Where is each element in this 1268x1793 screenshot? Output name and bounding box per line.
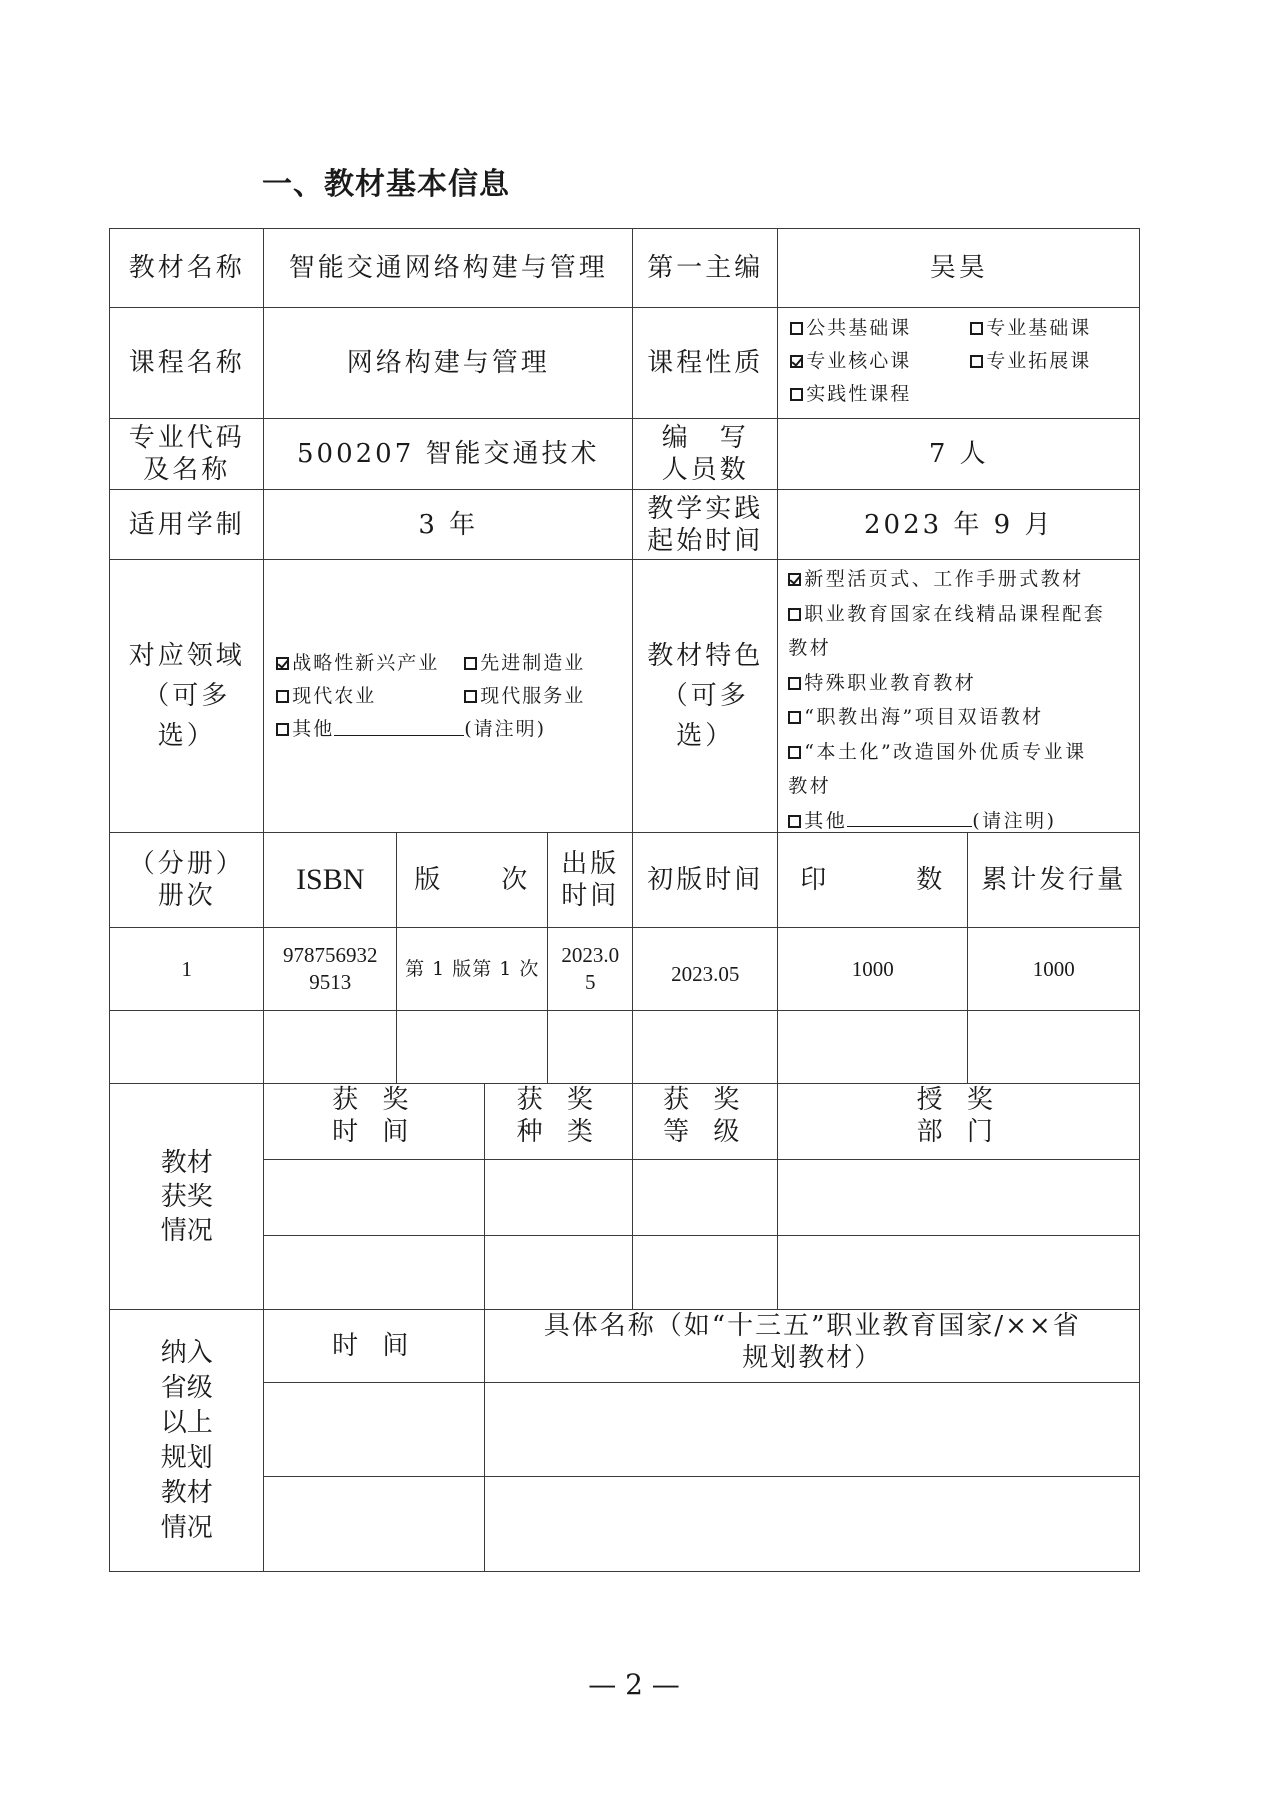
award-time-cell[interactable] [263, 1159, 485, 1236]
course-name-label: 课程名称 [109, 307, 264, 419]
pub-time-cell-empty[interactable] [547, 1010, 633, 1084]
award-type-cell[interactable] [484, 1235, 633, 1310]
award-time-header: 获 奖 时 间 [263, 1083, 485, 1160]
edition-header: 版 次 [396, 832, 548, 928]
checkbox-icon[interactable] [276, 723, 289, 736]
first-edition-time-header: 初版时间 [632, 832, 778, 928]
award-type-header: 获 奖 种 类 [484, 1083, 633, 1160]
planning-time-header: 时 间 [263, 1309, 485, 1383]
domain-label: 对应领域 （可多 选） [109, 559, 264, 833]
domain-option[interactable]: 先进制造业 [464, 647, 585, 680]
award-dept-cell[interactable] [777, 1235, 1140, 1310]
checkbox-icon[interactable] [788, 815, 801, 828]
volume-cell-empty[interactable] [109, 1010, 264, 1084]
features-options: 新型活页式、工作手册式教材 职业教育国家在线精品课程配套 教材 特殊职业教育教材… [777, 559, 1140, 833]
domain-options: 战略性新兴产业 先进制造业 现代农业 现代服务业 其他 (请注明) [263, 559, 633, 833]
award-dept-cell[interactable] [777, 1159, 1140, 1236]
isbn-header: ISBN [263, 832, 397, 928]
checkbox-icon[interactable] [464, 657, 477, 670]
first-edition-time-cell-empty[interactable] [632, 1010, 778, 1084]
domain-option[interactable]: 现代农业 [276, 680, 464, 713]
major-label: 专业代码 及名称 [109, 418, 264, 490]
checkbox-checked-icon[interactable] [276, 657, 289, 670]
isbn-cell: 978756932 9513 [263, 927, 397, 1011]
checkbox-checked-icon[interactable] [788, 573, 801, 586]
feature-option[interactable]: 特殊职业教育教材 [788, 666, 976, 701]
award-level-header: 获 奖 等 级 [632, 1083, 778, 1160]
total-circulation-cell: 1000 [967, 927, 1140, 1011]
feature-option[interactable]: 新型活页式、工作手册式教材 [788, 562, 1084, 597]
course-nature-label: 课程性质 [632, 307, 778, 419]
checkbox-icon[interactable] [970, 322, 983, 335]
print-count-cell: 1000 [777, 927, 968, 1011]
volume-header: （分册） 册次 [109, 832, 264, 928]
pub-time-cell: 2023.0 5 [547, 927, 633, 1011]
teaching-start-value: 2023 年 9 月 [777, 489, 1140, 560]
textbook-name-label: 教材名称 [109, 228, 264, 308]
awards-label: 教材 获奖 情况 [109, 1083, 264, 1310]
feature-other-input[interactable] [847, 804, 972, 827]
print-count-cell-empty[interactable] [777, 1010, 968, 1084]
checkbox-checked-icon[interactable] [790, 355, 803, 368]
planning-time-cell[interactable] [263, 1476, 485, 1572]
feature-option[interactable]: “本土化”改造国外优质专业课 [788, 735, 1086, 770]
award-level-cell[interactable] [632, 1159, 778, 1236]
planning-time-cell[interactable] [263, 1382, 485, 1477]
total-circulation-header: 累计发行量 [967, 832, 1140, 928]
domain-option[interactable]: 战略性新兴产业 [276, 647, 464, 680]
checkbox-icon[interactable] [788, 711, 801, 724]
course-nature-option[interactable]: 专业基础课 [970, 312, 1091, 345]
course-nature-option[interactable]: 专业拓展课 [970, 345, 1091, 378]
edition-cell-empty[interactable] [396, 1010, 548, 1084]
checkbox-icon[interactable] [788, 608, 801, 621]
page-number: — 2 — [0, 1668, 1268, 1701]
isbn-cell-empty[interactable] [263, 1010, 397, 1084]
first-edition-time-cell: 2023.05 [632, 927, 778, 1011]
domain-option[interactable]: 现代服务业 [464, 680, 585, 713]
course-nature-option[interactable]: 实践性课程 [790, 378, 911, 411]
print-count-header: 印 数 [777, 832, 968, 928]
course-name-value: 网络构建与管理 [263, 307, 633, 419]
major-value: 500207 智能交通技术 [263, 418, 633, 490]
checkbox-icon[interactable] [464, 690, 477, 703]
feature-option[interactable]: 职业教育国家在线精品课程配套 [788, 597, 1105, 632]
total-circulation-cell-empty[interactable] [967, 1010, 1140, 1084]
planning-name-cell[interactable] [484, 1476, 1140, 1572]
checkbox-icon[interactable] [276, 690, 289, 703]
writers-count-label: 编 写 人员数 [632, 418, 778, 490]
checkbox-icon[interactable] [788, 677, 801, 690]
textbook-name-value: 智能交通网络构建与管理 [263, 228, 633, 308]
checkbox-icon[interactable] [790, 388, 803, 401]
volume-cell: 1 [109, 927, 264, 1011]
schooling-label: 适用学制 [109, 489, 264, 560]
award-time-cell[interactable] [263, 1235, 485, 1310]
checkbox-icon[interactable] [970, 355, 983, 368]
feature-option[interactable]: “职教出海”项目双语教材 [788, 700, 1043, 735]
planning-name-header: 具体名称（如“十三五”职业教育国家/××省 规划教材） [484, 1309, 1140, 1383]
teaching-start-label: 教学实践 起始时间 [632, 489, 778, 560]
course-nature-option[interactable]: 专业核心课 [790, 345, 970, 378]
award-type-cell[interactable] [484, 1159, 633, 1236]
course-nature-options: 公共基础课 专业基础课 专业核心课 专业拓展课 实践性课程 [777, 307, 1140, 419]
pub-time-header: 出版 时间 [547, 832, 633, 928]
planning-label: 纳入 省级 以上 规划 教材 情况 [109, 1309, 264, 1572]
chief-editor-label: 第一主编 [632, 228, 778, 308]
chief-editor-value: 吴昊 [777, 228, 1140, 308]
checkbox-icon[interactable] [788, 746, 801, 759]
award-level-cell[interactable] [632, 1235, 778, 1310]
writers-count-value: 7 人 [777, 418, 1140, 490]
schooling-value: 3 年 [263, 489, 633, 560]
domain-option-other[interactable]: 其他 [276, 713, 334, 746]
course-nature-option[interactable]: 公共基础课 [790, 312, 970, 345]
features-label: 教材特色 （可多 选） [632, 559, 778, 833]
domain-other-input[interactable] [334, 713, 464, 736]
award-dept-header: 授 奖 部 门 [777, 1083, 1140, 1160]
section-heading: 一、教材基本信息 [262, 166, 510, 204]
edition-cell: 第 1 版第 1 次 [396, 927, 548, 1011]
checkbox-icon[interactable] [790, 322, 803, 335]
planning-name-cell[interactable] [484, 1382, 1140, 1477]
